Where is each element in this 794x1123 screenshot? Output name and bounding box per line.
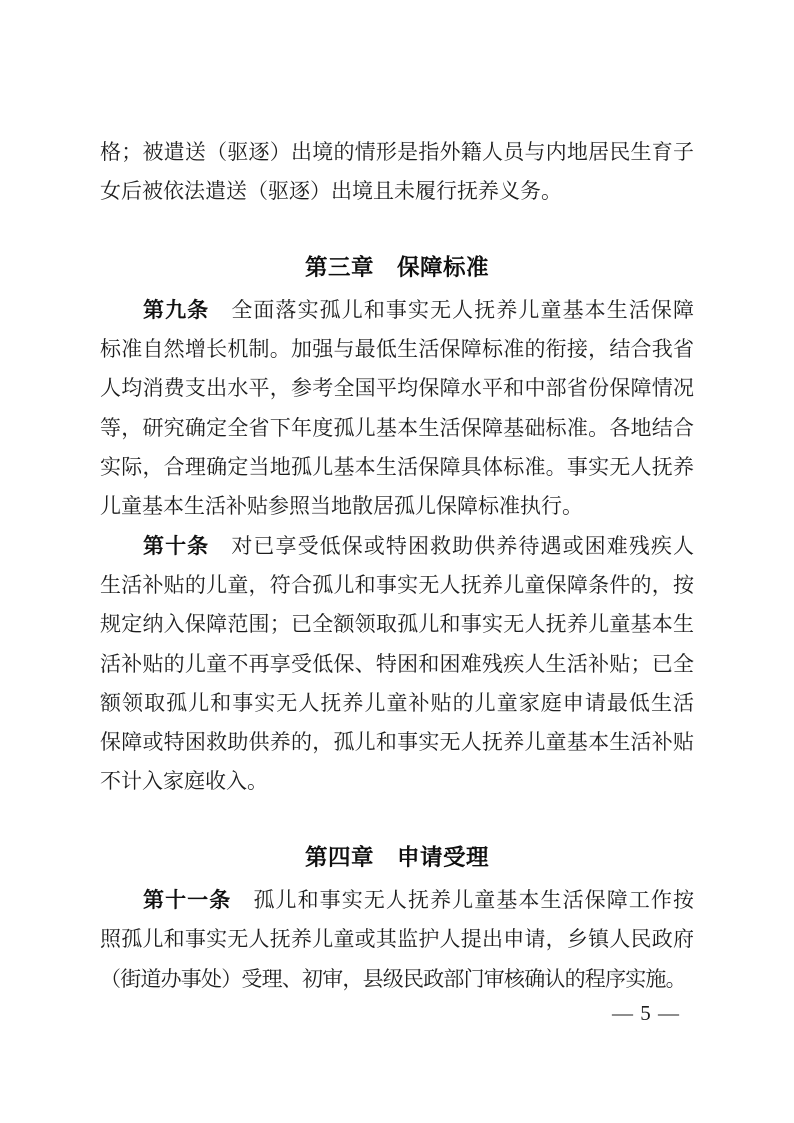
label-gap [231, 888, 253, 912]
text-line: 等，研究确定全省下年度孤儿基本生活保障基础标准。各地结合 [100, 409, 694, 448]
text-line: 标准自然增长机制。加强与最低生活保障标准的衔接，结合我省 [100, 330, 694, 369]
article-number-label: 第九条 [143, 299, 209, 322]
text-line: 照孤儿和事实无人抚养儿童或其监护人提出申请，乡镇人民政府 [100, 920, 694, 959]
text-line: 生活补贴的儿童，符合孤儿和事实无人抚养儿童保障条件的，按 [100, 566, 694, 605]
text-line: 规定纳入保障范围；已全额领取孤儿和事实无人抚养儿童基本生 [100, 605, 694, 644]
text-line: 第九条 全面落实孤儿和事实无人抚养儿童基本生活保障 [100, 291, 694, 330]
article-9: 第九条 全面落实孤儿和事实无人抚养儿童基本生活保障标准自然增长机制。加强与最低生… [100, 291, 694, 527]
line-text: 孤儿和事实无人抚养儿童基本生活保障工作按 [253, 888, 694, 912]
article-number-label: 第十一条 [143, 889, 231, 912]
text-line: 第十条 对已享受低保或特困救助供养待遇或困难残疾人 [100, 527, 694, 566]
article-11: 第十一条 孤儿和事实无人抚养儿童基本生活保障工作按照孤儿和事实无人抚养儿童或其监… [100, 881, 694, 999]
document-page: 格；被遣送（驱逐）出境的情形是指外籍人员与内地居民生育子女后被依法遣送（驱逐）出… [0, 0, 794, 1123]
page-number: — 5 — [612, 1001, 680, 1025]
text-line: 活补贴的儿童不再享受低保、特困和困难残疾人生活补贴；已全 [100, 645, 694, 684]
text-line: 儿童基本生活补贴参照当地散居孤儿保障标准执行。 [100, 487, 694, 526]
text-line: （街道办事处）受理、初审，县级民政部门审核确认的程序实施。 [100, 960, 694, 999]
chapter-4-heading: 第四章 申请受理 [100, 838, 694, 877]
text-line: 格；被遣送（驱逐）出境的情形是指外籍人员与内地居民生育子 [100, 133, 694, 172]
text-line: 第十一条 孤儿和事实无人抚养儿童基本生活保障工作按 [100, 881, 694, 920]
line-text: 全面落实孤儿和事实无人抚养儿童基本生活保障 [231, 298, 694, 322]
document-body: 格；被遣送（驱逐）出境的情形是指外籍人员与内地居民生育子女后被依法遣送（驱逐）出… [100, 133, 694, 999]
chapter-3-heading: 第三章 保障标准 [100, 248, 694, 287]
article-number-label: 第十条 [143, 535, 209, 558]
text-line: 不计入家庭收入。 [100, 762, 694, 801]
line-text: 对已享受低保或特困救助供养待遇或困难残疾人 [231, 534, 694, 558]
label-gap [209, 298, 231, 322]
text-line: 女后被依法遣送（驱逐）出境且未履行抚养义务。 [100, 172, 694, 211]
text-line: 保障或特困救助供养的，孤儿和事实无人抚养儿童基本生活补贴 [100, 723, 694, 762]
article-10: 第十条 对已享受低保或特困救助供养待遇或困难残疾人生活补贴的儿童，符合孤儿和事实… [100, 527, 694, 802]
label-gap [209, 534, 231, 558]
text-line: 实际，合理确定当地孤儿基本生活保障具体标准。事实无人抚养 [100, 448, 694, 487]
paragraph-continuation: 格；被遣送（驱逐）出境的情形是指外籍人员与内地居民生育子女后被依法遣送（驱逐）出… [100, 133, 694, 212]
text-line: 人均消费支出水平，参考全国平均保障水平和中部省份保障情况 [100, 369, 694, 408]
text-line: 额领取孤儿和事实无人抚养儿童补贴的儿童家庭申请最低生活 [100, 684, 694, 723]
